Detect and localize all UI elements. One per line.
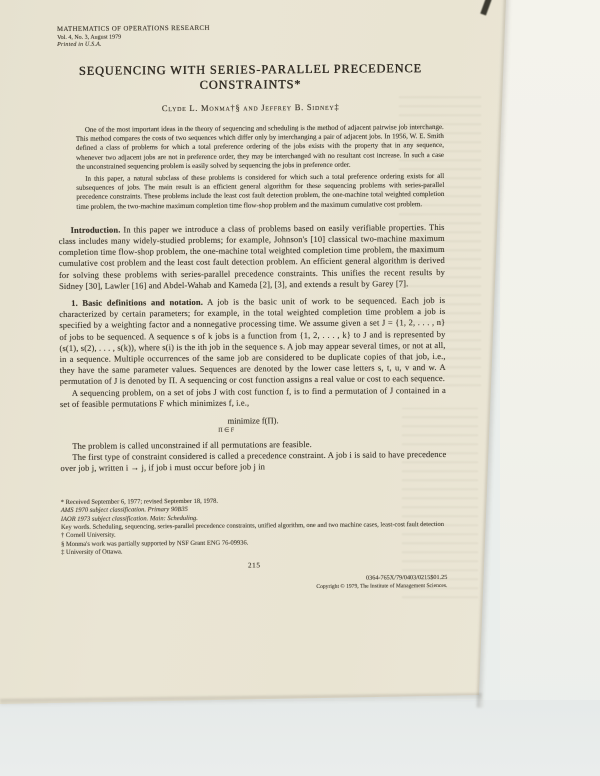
- journal-printed-note: Printed in U.S.A.: [57, 39, 443, 48]
- copyright-line: Copyright © 1979, The Institute of Manag…: [61, 582, 447, 593]
- page-corner-mark: [480, 0, 491, 16]
- section1-paragraph: 1. Basic definitions and notation. A job…: [59, 295, 446, 388]
- scanner-background-bottom: [0, 700, 600, 776]
- publisher-footer: 0364-765X/79/0403/0215$01.25 Copyright ©…: [61, 573, 447, 592]
- abstract-paragraph-2: In this paper, a natural subclass of the…: [76, 172, 444, 212]
- paper-title: SEQUENCING WITH SERIES-PARALLEL PRECEDEN…: [57, 61, 443, 93]
- paper-page: MATHEMATICS OF OPERATIONS RESEARCH Vol. …: [0, 0, 512, 712]
- page-content: MATHEMATICS OF OPERATIONS RESEARCH Vol. …: [57, 23, 447, 593]
- formula-subscript: Π ∈ F: [33, 424, 419, 437]
- journal-masthead: MATHEMATICS OF OPERATIONS RESEARCH Vol. …: [57, 23, 443, 48]
- footnote-block: * Received September 6, 1977; revised Se…: [61, 496, 447, 558]
- section1-heading: 1. Basic definitions and notation.: [71, 297, 203, 308]
- abstract-block: One of the most important ideas in the t…: [58, 123, 445, 212]
- footnote-affiliation-ottawa: ‡ University of Ottawa.: [61, 546, 447, 557]
- sequencing-problem-paragraph: A sequencing problem, on a set of jobs J…: [60, 385, 446, 410]
- authors-line: Clyde L. Monma†§ and Jeffrey B. Sidney‡: [58, 101, 444, 114]
- minimize-formula: minimize f(Π). Π ∈ F: [60, 414, 446, 437]
- section1-text: A job is the basic unit of work to be se…: [59, 295, 446, 386]
- paper-title-line1: SEQUENCING WITH SERIES-PARALLEL PRECEDEN…: [57, 61, 443, 79]
- introduction-heading: Introduction.: [71, 224, 121, 234]
- abstract-paragraph-1: One of the most important ideas in the t…: [76, 123, 444, 172]
- page-number: 215: [61, 559, 447, 570]
- introduction-paragraph: Introduction. In this paper we introduce…: [59, 222, 446, 292]
- precedence-paragraph: The first type of constraint considered …: [60, 449, 446, 474]
- scanner-background-right: [500, 0, 600, 776]
- paper-title-line2: CONSTRAINTS*: [57, 75, 443, 93]
